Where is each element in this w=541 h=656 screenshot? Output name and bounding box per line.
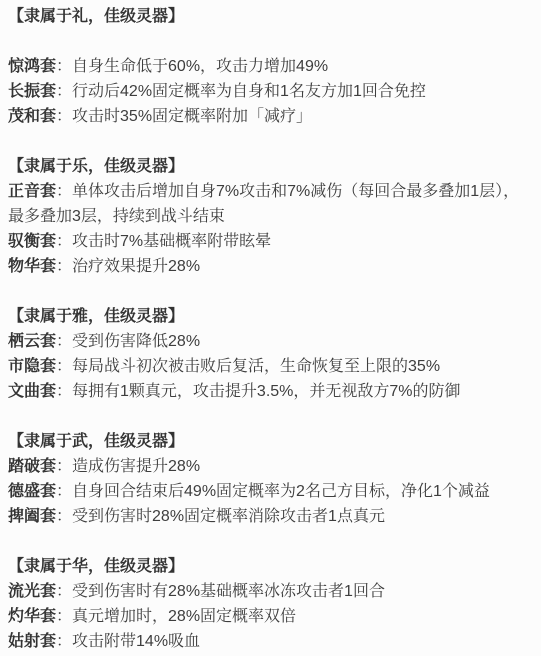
equipment-entry: 物华套：治疗效果提升28% — [8, 254, 537, 279]
section-hua: 【隶属于华，佳级灵器】 流光套：受到伤害时有28%基础概率冰冻攻击者1回合 灼华… — [8, 554, 537, 654]
set-description: 受到伤害时28%固定概率消除攻击者1点真元 — [72, 508, 385, 525]
equipment-entry: 文曲套：每拥有1颗真元，攻击提升3.5%，并无视敌方7%的防御 — [8, 379, 537, 404]
equipment-entry: 姑射套：攻击附带14%吸血 — [8, 629, 537, 654]
section-header: 【隶属于华，佳级灵器】 — [8, 554, 537, 579]
colon: ： — [56, 383, 72, 400]
set-name: 灼华套 — [8, 608, 56, 625]
set-name: 茂和套 — [8, 108, 56, 125]
colon: ： — [56, 483, 72, 500]
set-description: 每拥有1颗真元，攻击提升3.5%，并无视敌方7%的防御 — [72, 383, 461, 400]
set-description: 每局战斗初次被击败后复活，生命恢复至上限的35% — [72, 358, 440, 375]
set-name: 栖云套 — [8, 333, 56, 350]
section-wu: 【隶属于武，佳级灵器】 踏破套：造成伤害提升28% 德盛套：自身回合结束后49%… — [8, 429, 537, 529]
equipment-entry: 栖云套：受到伤害降低28% — [8, 329, 537, 354]
set-description: 攻击时7%基础概率附带眩晕 — [72, 233, 271, 250]
set-description: 造成伤害提升28% — [72, 458, 200, 475]
equipment-entry: 惊鸿套：自身生命低于60%，攻击力增加49% — [8, 54, 537, 79]
colon: ： — [56, 633, 72, 650]
section-header: 【隶属于武，佳级灵器】 — [8, 429, 537, 454]
set-description: 治疗效果提升28% — [72, 258, 200, 275]
set-description: 受到伤害时有28%基础概率冰冻攻击者1回合 — [72, 583, 385, 600]
set-name: 惊鸿套 — [8, 58, 56, 75]
colon: ： — [56, 583, 72, 600]
set-name: 流光套 — [8, 583, 56, 600]
equipment-entry: 长振套：行动后42%固定概率为自身和1名友方加1回合免控 — [8, 79, 537, 104]
set-description: 自身生命低于60%，攻击力增加49% — [72, 58, 328, 75]
set-description: 单体攻击后增加自身7%攻击和7%减伤（每回合最多叠加1层）， 最多叠加3层，持续… — [8, 183, 519, 225]
colon: ： — [56, 183, 72, 200]
spirit-equipment-document: 【隶属于礼，佳级灵器】 惊鸿套：自身生命低于60%，攻击力增加49% 长振套：行… — [0, 0, 541, 654]
colon: ： — [56, 458, 72, 475]
set-name: 市隐套 — [8, 358, 56, 375]
equipment-entry: 德盛套：自身回合结束后49%固定概率为2名己方目标，净化1个减益 — [8, 479, 537, 504]
section-header: 【隶属于雅，佳级灵器】 — [8, 304, 537, 329]
colon: ： — [56, 83, 72, 100]
colon: ： — [56, 258, 72, 275]
section-yue: 【隶属于乐，佳级灵器】 正音套：单体攻击后增加自身7%攻击和7%减伤（每回合最多… — [8, 154, 537, 279]
set-description: 自身回合结束后49%固定概率为2名己方目标，净化1个减益 — [72, 483, 490, 500]
equipment-entry: 市隐套：每局战斗初次被击败后复活，生命恢复至上限的35% — [8, 354, 537, 379]
equipment-entry: 踏破套：造成伤害提升28% — [8, 454, 537, 479]
set-description: 攻击附带14%吸血 — [72, 633, 200, 650]
set-description: 行动后42%固定概率为自身和1名友方加1回合免控 — [72, 83, 426, 100]
set-description: 受到伤害降低28% — [72, 333, 200, 350]
colon: ： — [56, 108, 72, 125]
set-name: 姑射套 — [8, 633, 56, 650]
colon: ： — [56, 508, 72, 525]
section-header: 【隶属于乐，佳级灵器】 — [8, 154, 537, 179]
colon: ： — [56, 333, 72, 350]
equipment-entry: 正音套：单体攻击后增加自身7%攻击和7%减伤（每回合最多叠加1层）， 最多叠加3… — [8, 179, 537, 229]
set-name: 德盛套 — [8, 483, 56, 500]
set-description: 真元增加时，28%固定概率双倍 — [72, 608, 296, 625]
set-name: 文曲套 — [8, 383, 56, 400]
set-name: 正音套 — [8, 183, 56, 200]
colon: ： — [56, 58, 72, 75]
equipment-entry: 捭阖套：受到伤害时28%固定概率消除攻击者1点真元 — [8, 504, 537, 529]
set-name: 捭阖套 — [8, 508, 56, 525]
set-description: 攻击时35%固定概率附加「减疗」 — [72, 108, 312, 125]
equipment-entry: 茂和套：攻击时35%固定概率附加「减疗」 — [8, 104, 537, 129]
section-header: 【隶属于礼，佳级灵器】 — [8, 4, 537, 29]
set-name: 长振套 — [8, 83, 56, 100]
set-name: 踏破套 — [8, 458, 56, 475]
blank-line — [8, 29, 537, 54]
equipment-entry: 驭衡套：攻击时7%基础概率附带眩晕 — [8, 229, 537, 254]
equipment-entry: 流光套：受到伤害时有28%基础概率冰冻攻击者1回合 — [8, 579, 537, 604]
section-ya: 【隶属于雅，佳级灵器】 栖云套：受到伤害降低28% 市隐套：每局战斗初次被击败后… — [8, 304, 537, 404]
equipment-entry: 灼华套：真元增加时，28%固定概率双倍 — [8, 604, 537, 629]
set-name: 驭衡套 — [8, 233, 56, 250]
colon: ： — [56, 233, 72, 250]
colon: ： — [56, 608, 72, 625]
section-li: 【隶属于礼，佳级灵器】 惊鸿套：自身生命低于60%，攻击力增加49% 长振套：行… — [8, 4, 537, 129]
set-name: 物华套 — [8, 258, 56, 275]
colon: ： — [56, 358, 72, 375]
